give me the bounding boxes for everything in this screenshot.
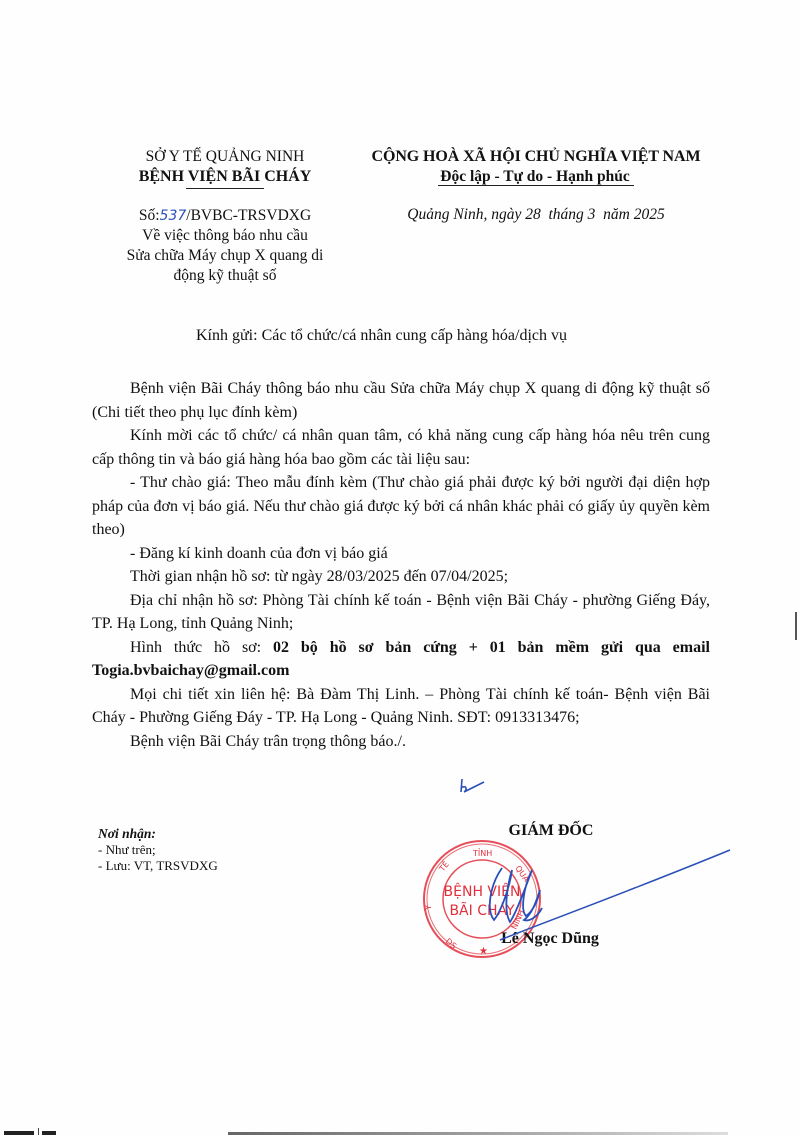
- recipients-title: Nơi nhận:: [98, 826, 218, 842]
- subject-line: Sửa chữa Máy chụp X quang di: [100, 246, 350, 266]
- handwritten-signature-icon: [440, 840, 740, 960]
- body-paragraph: Hình thức hồ sơ: 02 bộ hồ sơ bản cứng + …: [92, 636, 710, 683]
- recipients-block: Nơi nhận: - Như trên; - Lưu: VT, TRSVDXG: [98, 826, 218, 874]
- hospital-name: BỆNH VIỆN BÃI CHÁY: [100, 167, 350, 187]
- format-label: Hình thức hồ sơ:: [130, 639, 273, 656]
- body-paragraph: Bệnh viện Bãi Cháy trân trọng thông báo.…: [92, 730, 710, 754]
- subject-line: Về việc thông báo nhu cầu: [100, 226, 350, 246]
- ref-prefix: Số:: [139, 207, 160, 224]
- issuer-block: SỞ Y TẾ QUẢNG NINH BỆNH VIỆN BÃI CHÁY: [100, 147, 350, 189]
- signer-title: GIÁM ĐỐC: [466, 822, 636, 840]
- date-line: Quảng Ninh, ngày 28 tháng 3 năm 2025: [346, 206, 726, 224]
- initial-mark-icon: [458, 776, 488, 798]
- scan-footer-mark: [38, 1128, 39, 1135]
- body-paragraph: Kính mời các tổ chức/ cá nhân quan tâm, …: [92, 424, 710, 471]
- national-header: CỘNG HOÀ XÃ HỘI CHỦ NGHĨA VIỆT NAM Độc l…: [346, 146, 726, 186]
- document-reference: Số:537/BVBC-TRSVDXG Về việc thông báo nh…: [100, 206, 350, 286]
- body-paragraph: Địa chỉ nhận hồ sơ: Phòng Tài chính kế t…: [92, 589, 710, 636]
- scan-edge-mark: [795, 612, 797, 640]
- country-name: CỘNG HOÀ XÃ HỘI CHỦ NGHĨA VIỆT NAM: [346, 146, 726, 167]
- body-paragraph: - Thư chào giá: Theo mẫu đính kèm (Thư c…: [92, 471, 710, 542]
- scan-footer-mark: [42, 1131, 56, 1135]
- body-paragraph: Mọi chi tiết xin liên hệ: Bà Đàm Thị Lin…: [92, 683, 710, 730]
- ref-code: /BVBC-TRSVDXG: [186, 207, 311, 224]
- scan-footer-mark: [4, 1131, 34, 1135]
- ref-number: 537: [160, 208, 187, 224]
- svg-text:Y: Y: [424, 905, 433, 911]
- agency-name: SỞ Y TẾ QUẢNG NINH: [100, 147, 350, 167]
- salutation: Kính gửi: Các tổ chức/cá nhân cung cấp h…: [196, 327, 567, 345]
- recipient-item: - Lưu: VT, TRSVDXG: [98, 858, 218, 874]
- hospital-underline: [186, 188, 264, 189]
- recipient-item: - Như trên;: [98, 842, 218, 858]
- national-motto: Độc lập - Tự do - Hạnh phúc: [438, 168, 633, 186]
- document-body: Bệnh viện Bãi Cháy thông báo nhu cầu Sửa…: [92, 377, 710, 753]
- subject-line: động kỹ thuật số: [100, 266, 350, 286]
- body-paragraph: Thời gian nhận hồ sơ: từ ngày 28/03/2025…: [92, 565, 710, 589]
- body-paragraph: - Đăng kí kinh doanh của đơn vị báo giá: [92, 542, 710, 566]
- body-paragraph: Bệnh viện Bãi Cháy thông báo nhu cầu Sửa…: [92, 377, 710, 424]
